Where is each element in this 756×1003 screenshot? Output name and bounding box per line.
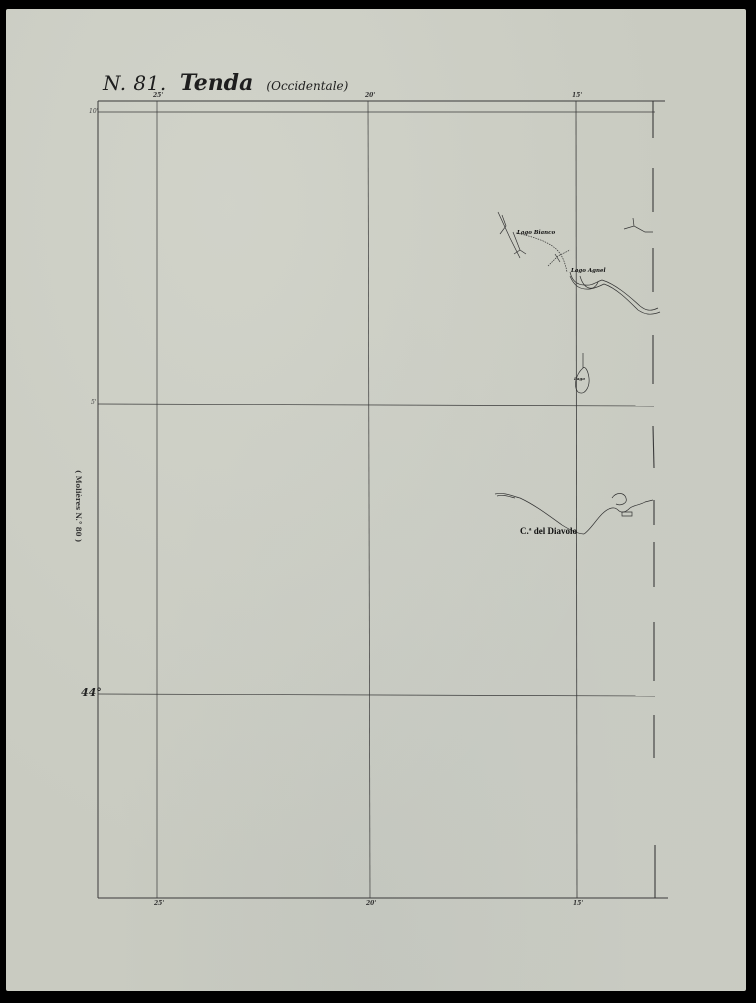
shelter-symbol [622,512,632,516]
place-lago-bianco: Lago Bianco [517,230,555,236]
parallel-44-line [98,694,655,696]
meridian-20-line [368,101,370,898]
bottom-tick-15: 15' [573,900,583,907]
top-tick-15: 15' [572,92,582,99]
lat-label-5: 5' [91,399,96,406]
adjacent-sheet-note: ( Molières N.° 80 ) [74,470,83,542]
lat-label-10: 10' [89,108,98,115]
top-tick-25: 25' [153,92,163,99]
stream-path [624,218,653,232]
river-path [570,276,660,314]
parallel-5-line [98,404,654,406]
top-tick-20: 20' [365,92,375,99]
trail-loop-path [612,494,626,505]
map-features [495,212,660,534]
bottom-tick-25: 25' [154,900,164,907]
right-edge-dashed-line [653,101,655,898]
river-loop-path [580,276,598,288]
lake-outline [576,353,590,393]
place-colle-del-diavolo: C.ª del Diavolo [520,526,577,536]
meridian-15-line [576,101,577,898]
map-graticule [0,0,756,1003]
place-lago-agnel: Lago Agnel [571,268,606,274]
lat-label-44: 44° [81,686,102,699]
place-small-lake: Lago [574,376,585,381]
bottom-tick-20: 20' [366,900,376,907]
river-path [570,272,658,310]
